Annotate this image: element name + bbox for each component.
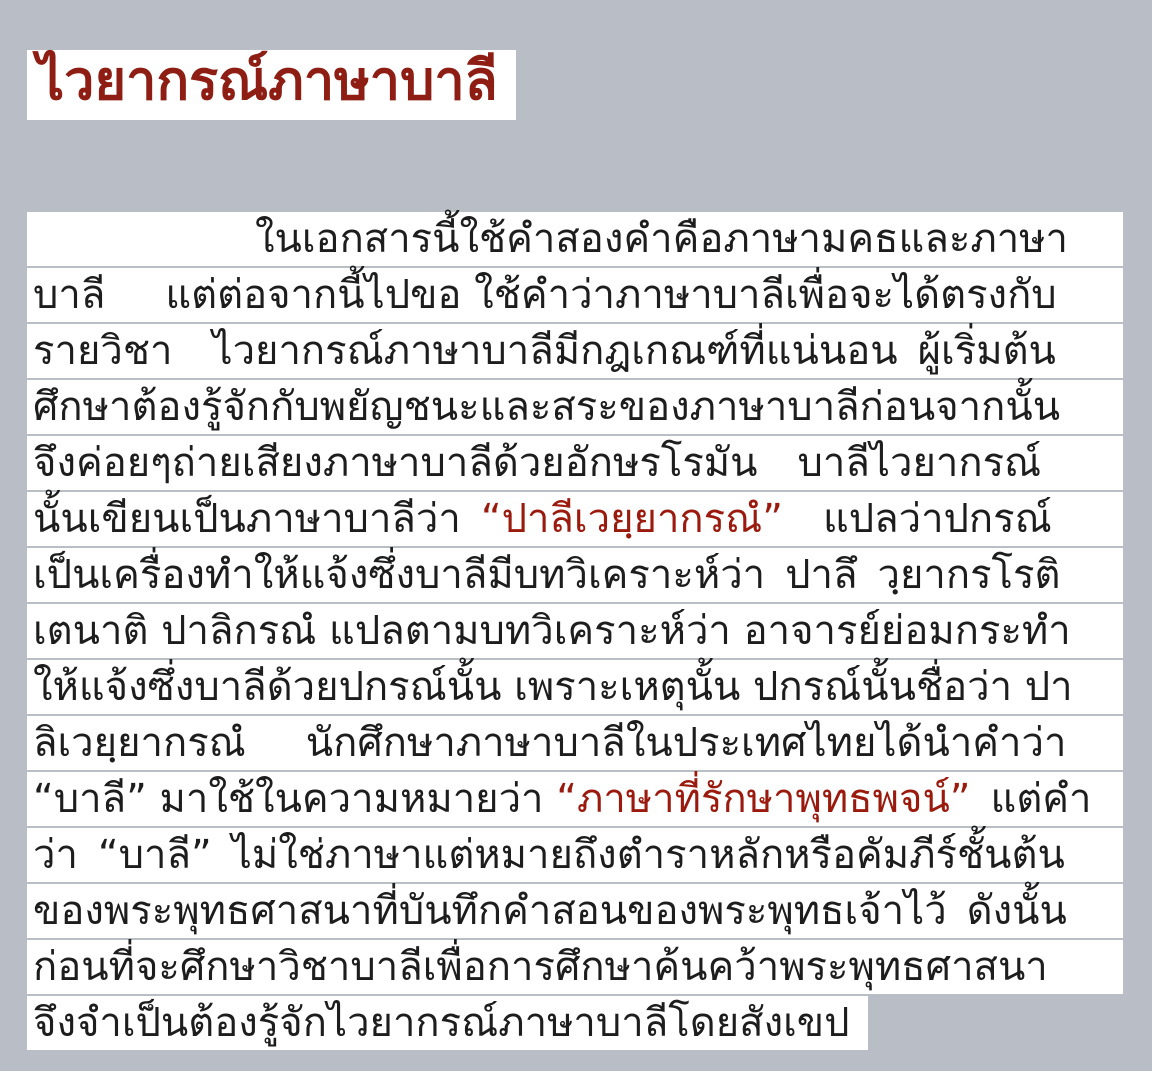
text-segment: แปลว่าปกรณ์: [783, 496, 1052, 542]
text-line: ของพระพุทธศาสนาที่บันทึกคำสอนของพระพุทธเ…: [27, 884, 1123, 938]
text-line: ให้แจ้งซึ่งบาลีด้วยปกรณ์นั้น เพราะเหตุนั…: [27, 660, 1123, 714]
page-title: ไวยากรณ์ภาษาบาลี: [37, 51, 498, 111]
text-segment: ศึกษาต้องรู้จักกับพยัญชนะและสระของภาษาบา…: [33, 384, 1060, 430]
text-line: ก่อนที่จะศึกษาวิชาบาลีเพื่อการศึกษาค้นคว…: [27, 940, 1123, 994]
body-text-block: ในเอกสารนี้ใช้คำสองคำคือภาษามคธและภาษา บ…: [27, 212, 1125, 1050]
text-segment: “บาลี” มาใช้ในความหมายว่า: [33, 776, 556, 822]
text-line: บาลี แต่ต่อจากนี้ไปขอ ใช้คำว่าภาษาบาลีเพ…: [27, 268, 1123, 322]
text-segment: บาลี แต่ต่อจากนี้ไปขอ ใช้คำว่าภาษาบาลีเพ…: [33, 272, 1057, 318]
text-line: ว่า “บาลี” ไม่ใช่ภาษาแต่หมายถึงตำราหลักห…: [27, 828, 1123, 882]
text-line: ศึกษาต้องรู้จักกับพยัญชนะและสระของภาษาบา…: [27, 380, 1123, 434]
text-line: จึงจำเป็นต้องรู้จักไวยากรณ์ภาษาบาลีโดยสั…: [27, 996, 868, 1050]
text-segment: เป็นเครื่องทำให้แจ้งซึ่งบาลีมีบทวิเคราะห…: [33, 552, 1061, 598]
text-segment: จึงจำเป็นต้องรู้จักไวยากรณ์ภาษาบาลีโดยสั…: [33, 1000, 850, 1046]
highlighted-definition-term: “ภาษาที่รักษาพุทธพจน์”: [556, 776, 970, 822]
text-segment: ว่า “บาลี” ไม่ใช่ภาษาแต่หมายถึงตำราหลักห…: [33, 832, 1065, 878]
text-line: “บาลี” มาใช้ในความหมายว่า “ภาษาที่รักษาพ…: [27, 772, 1123, 826]
text-line: เป็นเครื่องทำให้แจ้งซึ่งบาลีมีบทวิเคราะห…: [27, 548, 1123, 602]
highlighted-pali-term: “ปาลีเวยฺยากรณํ”: [481, 496, 783, 542]
text-segment: ก่อนที่จะศึกษาวิชาบาลีเพื่อการศึกษาค้นคว…: [33, 944, 1048, 990]
text-segment: แต่คำ: [971, 776, 1092, 822]
text-line: จึงค่อยๆถ่ายเสียงภาษาบาลีด้วยอักษรโรมัน …: [27, 436, 1123, 490]
text-segment: ของพระพุทธศาสนาที่บันทึกคำสอนของพระพุทธเ…: [33, 888, 1067, 934]
text-segment: เตนาติ ปาลิกรณํ แปลตามบทวิเคราะห์ว่า อาจ…: [33, 608, 1071, 654]
text-segment: จึงค่อยๆถ่ายเสียงภาษาบาลีด้วยอักษรโรมัน …: [33, 440, 1041, 486]
text-line: ลิเวยฺยากรณํ นักศึกษาภาษาบาลีในประเทศไทย…: [27, 716, 1123, 770]
text-segment: ให้แจ้งซึ่งบาลีด้วยปกรณ์นั้น เพราะเหตุนั…: [33, 664, 1073, 710]
text-line: รายวิชา ไวยากรณ์ภาษาบาลีมีกฎเกณฑ์ที่แน่น…: [27, 324, 1123, 378]
text-line: เตนาติ ปาลิกรณํ แปลตามบทวิเคราะห์ว่า อาจ…: [27, 604, 1123, 658]
text-segment: รายวิชา ไวยากรณ์ภาษาบาลีมีกฎเกณฑ์ที่แน่น…: [33, 328, 1056, 374]
text-segment: ลิเวยฺยากรณํ นักศึกษาภาษาบาลีในประเทศไทย…: [33, 720, 1066, 766]
text-segment: นั้นเขียนเป็นภาษาบาลีว่า: [33, 496, 481, 542]
page-background: ไวยากรณ์ภาษาบาลี ในเอกสารนี้ใช้คำสองคำคื…: [0, 0, 1152, 1071]
text-line: ในเอกสารนี้ใช้คำสองคำคือภาษามคธและภาษา: [27, 212, 1123, 266]
text-segment: ในเอกสารนี้ใช้คำสองคำคือภาษามคธและภาษา: [255, 216, 1068, 262]
text-line: นั้นเขียนเป็นภาษาบาลีว่า “ปาลีเวยฺยากรณํ…: [27, 492, 1123, 546]
page-title-strip: ไวยากรณ์ภาษาบาลี: [27, 50, 516, 120]
